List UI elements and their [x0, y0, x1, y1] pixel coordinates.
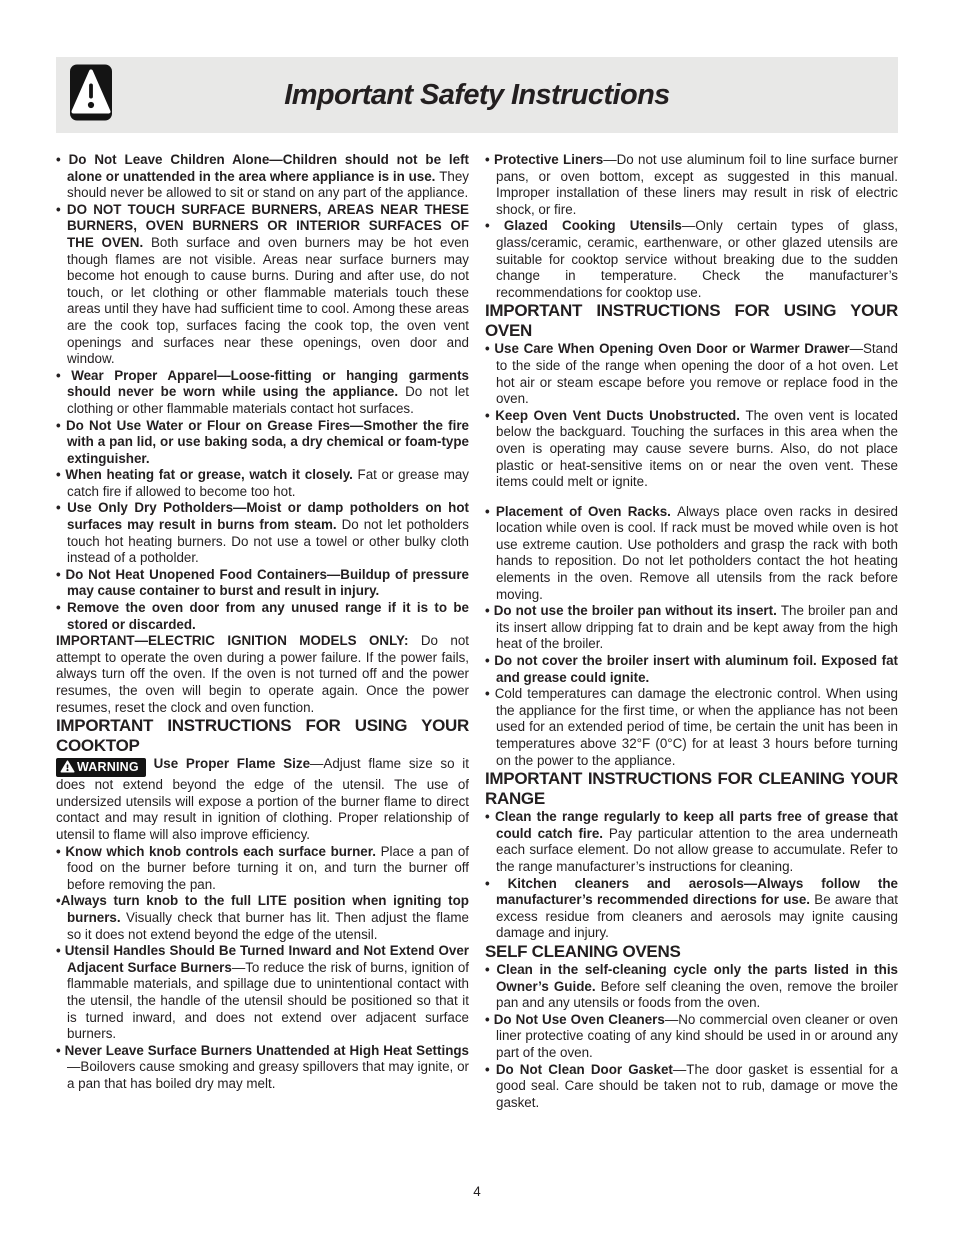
bullet-marker: • [485, 876, 508, 891]
bullet-list: • Placement of Oven Racks. Always place … [485, 504, 898, 770]
list-item: • Never Leave Surface Burners Unattended… [56, 1043, 469, 1093]
bullet-marker: • [56, 600, 67, 615]
warning-paragraph: WARNING Use Proper Flame Size—Adjust fla… [56, 756, 469, 843]
bold-text: Keep Oven Vent Ducts Unobstructed. [495, 408, 745, 423]
list-item: • Do not cover the broiler insert with a… [485, 653, 898, 686]
section-heading: IMPORTANT INSTRUCTIONS FOR CLEANING YOUR… [485, 769, 898, 809]
bullet-marker: • [56, 844, 65, 859]
body-text: Visually check that burner has lit. Then… [67, 910, 469, 942]
bullet-marker: • [56, 500, 67, 515]
bold-text: Use Proper Flame Size [154, 756, 310, 771]
list-item: • Utensil Handles Should Be Turned Inwar… [56, 943, 469, 1043]
page-number: 4 [0, 1184, 954, 1199]
list-item: •Always turn knob to the full LITE posit… [56, 893, 469, 943]
bold-text: Do Not Heat Unopened Food Containers—Bui… [66, 567, 469, 599]
list-item: • When heating fat or grease, watch it c… [56, 467, 469, 500]
bullet-list: • Clean in the self-cleaning cycle only … [485, 962, 898, 1111]
bullet-marker: • [56, 368, 71, 383]
list-item: • Clean in the self-cleaning cycle only … [485, 962, 898, 1012]
bullet-marker: • [56, 467, 65, 482]
bullet-marker: • [485, 218, 504, 233]
content-columns: • Do Not Leave Children Alone—Children s… [56, 152, 898, 1111]
bullet-marker: • [485, 408, 495, 423]
list-item: • Know which knob controls each surface … [56, 844, 469, 894]
section-heading: IMPORTANT INSTRUCTIONS FOR USING YOUR OV… [485, 301, 898, 341]
section-heading: IMPORTANT INSTRUCTIONS FOR USING YOUR CO… [56, 716, 469, 756]
header-band: Important Safety Instructions [56, 57, 898, 133]
bold-text: Do Not Leave Children Alone—Children sho… [67, 152, 469, 184]
bullet-list: • Know which knob controls each surface … [56, 844, 469, 1093]
bold-text: Glazed Cooking Utensils [504, 218, 682, 233]
list-item: • DO NOT TOUCH SURFACE BURNERS, AREAS NE… [56, 202, 469, 368]
list-item: • Protective Liners—Do not use aluminum … [485, 152, 898, 218]
bullet-list: • Protective Liners—Do not use aluminum … [485, 152, 898, 301]
section-heading: SELF CLEANING OVENS [485, 942, 898, 962]
bullet-marker: • [485, 152, 494, 167]
warning-triangle-icon [60, 760, 75, 773]
bold-text: Never Leave Surface Burners Unattended a… [65, 1043, 469, 1058]
bullet-list: • Clean the range regularly to keep all … [485, 809, 898, 942]
list-item: • Do Not Leave Children Alone—Children s… [56, 152, 469, 202]
list-item: • Wear Proper Apparel—Loose-fitting or h… [56, 368, 469, 418]
bold-text: Placement of Oven Racks. [496, 504, 677, 519]
bullet-marker: • [485, 653, 494, 668]
bullet-marker: • [56, 152, 69, 167]
bold-text: Do Not Clean Door Gasket [496, 1062, 673, 1077]
bullet-marker: • [56, 202, 67, 217]
body-text: Cold temperatures can damage the electro… [495, 686, 898, 767]
list-item: • Placement of Oven Racks. Always place … [485, 504, 898, 604]
bullet-marker: • [485, 962, 496, 977]
bold-text: Do Not Use Oven Cleaners [494, 1012, 665, 1027]
bullet-marker: • [485, 341, 494, 356]
page-title: Important Safety Instructions [56, 57, 898, 133]
list-item: • Keep Oven Vent Ducts Unobstructed. The… [485, 408, 898, 491]
bold-text: Use Care When Opening Oven Door or Warme… [494, 341, 849, 356]
bullet-list: • Do Not Leave Children Alone—Children s… [56, 152, 469, 633]
bullet-marker: • [56, 567, 66, 582]
list-item: • Do Not Clean Door Gasket—The door gask… [485, 1062, 898, 1112]
bullet-marker: • [485, 686, 495, 701]
bold-text: Do not use the broiler pan without its i… [494, 603, 781, 618]
list-item: • Do not use the broiler pan without its… [485, 603, 898, 653]
warning-badge-label: WARNING [77, 760, 139, 774]
body-text: —Boilovers cause smoking and greasy spil… [67, 1059, 469, 1091]
body-text: Both surface and oven burners may be hot… [67, 235, 469, 366]
bold-text: IMPORTANT—ELECTRIC IGNITION MODELS ONLY: [56, 633, 421, 648]
list-item: • Use Only Dry Potholders—Moist or damp … [56, 500, 469, 566]
bold-text: Remove the oven door from any unused ran… [67, 600, 469, 632]
bullet-marker: • [56, 1043, 65, 1058]
list-item: • Kitchen cleaners and aerosols—Always f… [485, 876, 898, 942]
bullet-marker: • [485, 1012, 494, 1027]
bullet-marker: • [485, 504, 496, 519]
bullet-marker: • [485, 603, 494, 618]
bullet-marker: • [56, 418, 66, 433]
list-item: • Clean the range regularly to keep all … [485, 809, 898, 875]
list-item: • Use Care When Opening Oven Door or War… [485, 341, 898, 407]
bold-text: Know which knob controls each surface bu… [65, 844, 380, 859]
paragraph: IMPORTANT—ELECTRIC IGNITION MODELS ONLY:… [56, 633, 469, 716]
list-item: • Cold temperatures can damage the elect… [485, 686, 898, 769]
manual-page: { "header": { "title": "Important Safety… [0, 0, 954, 1235]
right-column: • Protective Liners—Do not use aluminum … [485, 152, 898, 1111]
left-column: • Do Not Leave Children Alone—Children s… [56, 152, 469, 1111]
bold-text: Do Not Use Water or Flour on Grease Fire… [66, 418, 469, 466]
bullet-list: • Use Care When Opening Oven Door or War… [485, 341, 898, 490]
list-item: • Do Not Use Oven Cleaners—No commercial… [485, 1012, 898, 1062]
bold-text: Do not cover the broiler insert with alu… [494, 653, 898, 685]
list-item: • Remove the oven door from any unused r… [56, 600, 469, 633]
bullet-marker: • [56, 943, 65, 958]
warning-badge: WARNING [56, 758, 146, 777]
bold-text: When heating fat or grease, watch it clo… [65, 467, 357, 482]
bullet-marker: • [485, 809, 495, 824]
list-item: • Do Not Heat Unopened Food Containers—B… [56, 567, 469, 600]
list-item: • Glazed Cooking Utensils—Only certain t… [485, 218, 898, 301]
list-item: • Do Not Use Water or Flour on Grease Fi… [56, 418, 469, 468]
bold-text: Protective Liners [494, 152, 603, 167]
bullet-marker: • [485, 1062, 496, 1077]
